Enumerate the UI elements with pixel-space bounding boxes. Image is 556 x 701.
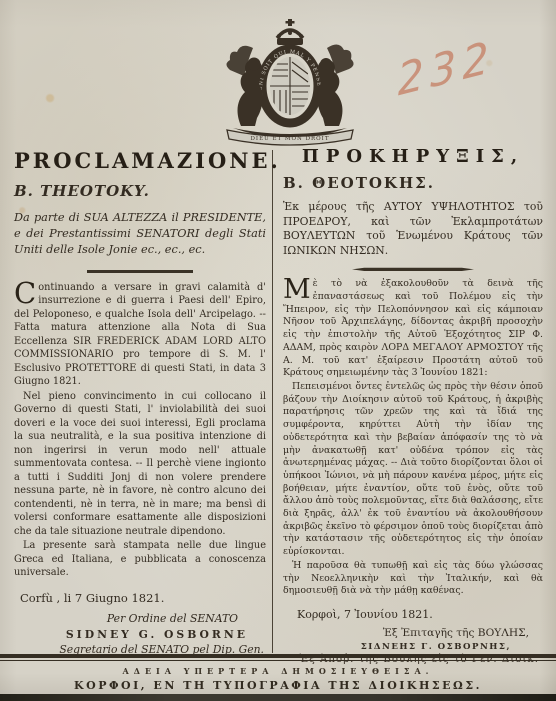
italian-signature-block: Per Ordine del SENATO SIDNEY G. OSBORNE … <box>14 612 266 656</box>
italian-body: Continuando a versare in gravi calamità … <box>14 281 266 580</box>
greek-salutation: Ἐκ μέρους τῆς ΑΥΤΟΥ ΥΨΗΛΟΤΗΤΟΣ τοῦ ΠΡΟΕΔ… <box>283 200 543 258</box>
italian-signature-order: Per Ordine del SENATO <box>14 612 238 625</box>
greek-title: ΠΡΟΚΗΡΥΞΙΣ, <box>283 146 543 167</box>
paragraph: Nel pieno convincimento in cui collocano… <box>14 390 266 539</box>
paragraph: Continuando a versare in gravi calamità … <box>14 281 266 389</box>
italian-salutation: Da parte di SUA ALTEZZA il PRESIDENTE, e… <box>14 210 266 258</box>
italian-column: PROCLAMAZIONE. B. THEOTOKY. Da parte di … <box>14 146 266 656</box>
greek-signature-order: Ἐξ Ἐπιταγῆς τῆς ΒΟΥΛΗΣ, <box>283 627 529 639</box>
crown-icon <box>277 19 303 45</box>
paragraph: Πεπεισμένοι ὄντες ἐντελῶς ὡς πρὸς τὴν θέ… <box>283 381 543 559</box>
royal-coat-of-arms: HONI SOIT QUI MAL Y PENSE DIEU ET MON DR… <box>193 14 387 148</box>
greek-section-rule <box>352 267 474 271</box>
footer-license-line: ΑΔΕΙΑ ΥΠΕΡΤΕΡΑ ΔΗΜΟΣΙΕΥΘΕΙΣΑ. <box>0 666 556 676</box>
footer-rule-thin <box>0 660 556 661</box>
italian-signature-name: SIDNEY G. OSBORNE <box>14 628 248 641</box>
quartered-shield <box>270 57 310 115</box>
greek-signature-name: ΣΙΔΝΕΗΣ Γ. ΟΣΒΟΡΝΗΣ, <box>283 642 511 652</box>
paragraph: Μὲ τὸ νὰ ἐξακολουθοῦν τὰ δεινὰ τῆς ἐπανα… <box>283 278 543 380</box>
scanned-proclamation-page: HONI SOIT QUI MAL Y PENSE DIEU ET MON DR… <box>0 0 556 701</box>
italian-section-rule <box>87 270 193 273</box>
footer-imprint-line: ΚΟΡΦΟΙ, ΕΝ ΤΗ ΤΥΠΟΓΡΑΦΙΑ ΤΗΣ ΔΙΟΙΚΗΣΕΩΣ. <box>0 679 556 692</box>
greek-dateline: Κορφοὶ, 7 Ἰουνίου 1821. <box>283 608 543 621</box>
paragraph: La presente sarà stampata nelle due ling… <box>14 539 266 580</box>
footer-rule-thick <box>0 654 556 658</box>
italian-title: PROCLAMAZIONE. <box>14 148 266 173</box>
scan-bottom-edge <box>0 694 556 701</box>
greek-body: Μὲ τὸ νὰ ἐξακολουθοῦν τὰ δεινὰ τῆς ἐπανα… <box>283 278 543 598</box>
italian-dateline: Corfù , li 7 Giugno 1821. <box>14 591 266 605</box>
greek-column: ΠΡΟΚΗΡΥΞΙΣ, Β. ΘΕΟΤΟΚΗΣ. Ἐκ μέρους τῆς Α… <box>283 146 543 665</box>
column-divider-rule <box>272 150 273 653</box>
handwritten-archive-number: 232 <box>397 31 496 106</box>
base-motto-text: DIEU ET MON DROIT <box>250 136 329 142</box>
italian-author: B. THEOTOKY. <box>14 182 266 200</box>
paragraph: Ἡ παροῦσα θὰ τυπωθῇ καὶ εἰς τὰς δύω γλώσ… <box>283 560 543 598</box>
greek-author: Β. ΘΕΟΤΟΚΗΣ. <box>283 174 543 192</box>
